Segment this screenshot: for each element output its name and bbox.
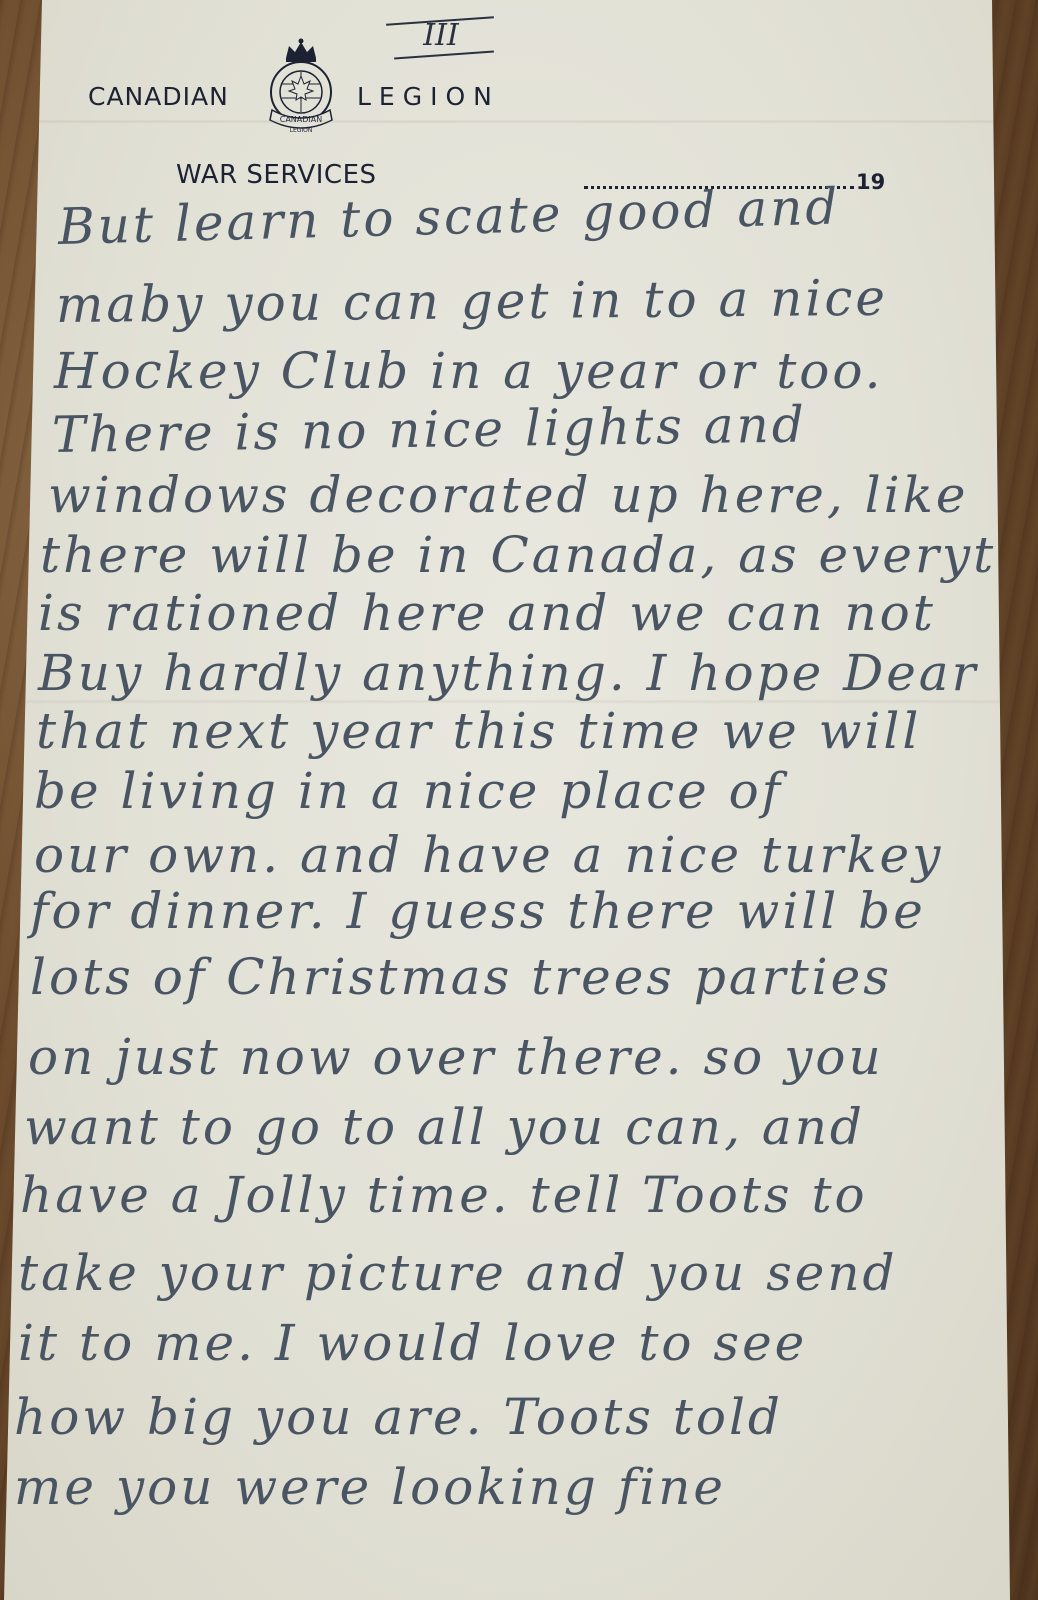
- letter-line: have a Jolly time. tell Toots to: [20, 1166, 868, 1224]
- letter-sheet: III CANADIAN CANADIAN LEGION LEGION WAR …: [0, 0, 1038, 1600]
- letter-line: But learn to scate good and: [57, 178, 841, 256]
- letter-line: there will be in Canada, as everythi: [40, 526, 1038, 584]
- letter-line: our own. and have a nice turkey: [34, 826, 943, 884]
- letter-line: maby you can get in to a nice: [56, 269, 888, 334]
- letter-line: how big you are. Toots told: [14, 1388, 783, 1446]
- letter-line: There is no nice lights and: [52, 395, 808, 464]
- letter-line: me you were looking fine: [14, 1458, 726, 1516]
- letter-line: that next year this time we will: [36, 702, 921, 760]
- letter-line: be living in a nice place of: [34, 762, 783, 820]
- letter-line: want to go to all you can, and: [24, 1098, 865, 1156]
- letter-line: is rationed here and we can not: [38, 584, 936, 642]
- letter-line: for dinner. I guess there will be: [30, 882, 926, 940]
- letter-line: windows decorated up here, like: [48, 466, 969, 524]
- letter-line: take your picture and you send: [18, 1244, 898, 1302]
- letter-line: on just now over there. so you: [28, 1028, 884, 1086]
- letter-line: Buy hardly anything. I hope Dear: [38, 644, 979, 702]
- letter-line: it to me. I would love to see: [18, 1314, 807, 1372]
- handwritten-body: But learn to scate good and maby you can…: [0, 0, 1038, 1600]
- letter-line: lots of Christmas trees parties: [30, 948, 892, 1006]
- letter-line: Hockey Club in a year or too.: [54, 342, 884, 400]
